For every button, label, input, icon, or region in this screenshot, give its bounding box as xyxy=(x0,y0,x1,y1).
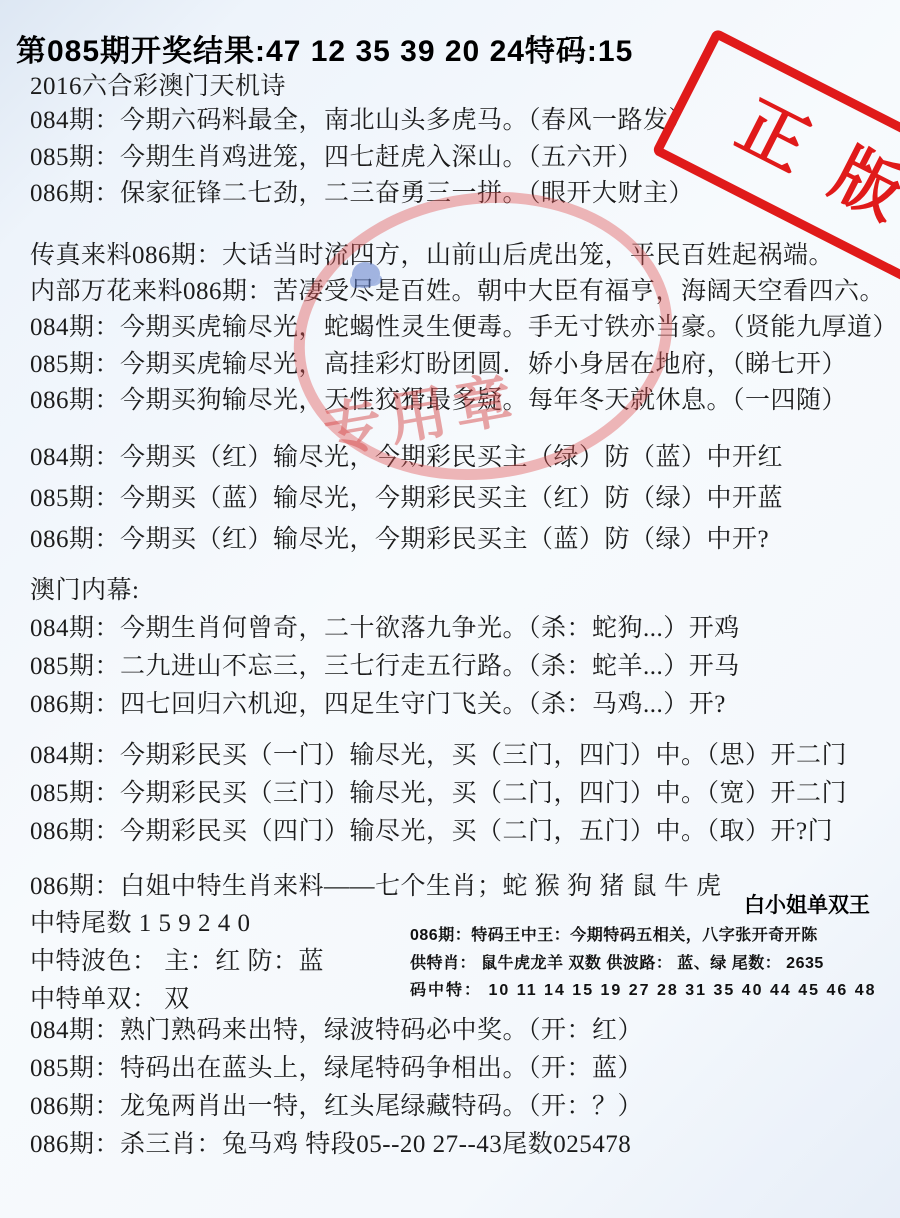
color-buy-line: 086期：今期买（红）输尽光，今期彩民买主（蓝）防（绿）中开? xyxy=(30,519,769,555)
door-line: 084期：今期彩民买（一门）输尽光，买（三门，四门）中。（思）开二门 xyxy=(30,735,847,771)
baijie-zodiac-line: 086期：白姐中特生肖来料——七个生肖；蛇 猴 狗 猪 鼠 牛 虎 xyxy=(30,866,722,902)
fax-line: 084期：今期买虎输尽光，蛇蝎性灵生便毒。手无寸铁亦当豪。（贤能九厚道） xyxy=(30,307,898,343)
macau-insider-line: 086期：四七回归六机迎，四足生守门飞关。（杀：马鸡...）开? xyxy=(30,684,726,720)
macau-insider-title: 澳门内幕: xyxy=(30,570,139,606)
macau-insider-line: 084期：今期生肖何曾奇，二十欲落九争光。（杀：蛇狗...）开鸡 xyxy=(30,608,740,644)
fax-line: 传真来料086期：大话当时流四方，山前山后虎出笼，平民百姓起祸端。 xyxy=(30,235,834,271)
right-panel-line: 086期：特码王中王：今期特码五相关，八字张开奇开陈 xyxy=(410,922,818,945)
draw-result-headline: 第085期开奖结果:47 12 35 39 20 24特码:15 xyxy=(16,26,633,70)
genuine-stamp-char: 正 xyxy=(727,90,818,181)
genuine-stamp-char: 版 xyxy=(822,139,900,230)
fax-line: 内部万花来料086期：苦凄受尽是百姓。朝中大臣有福亨，海阔天空看四六。 xyxy=(30,271,885,307)
bottom-line: 085期：特码出在蓝头上，绿尾特码争相出。（开：蓝） xyxy=(30,1048,643,1084)
bottom-line: 086期：杀三肖：兔马鸡 特段05--20 27--43尾数025478 xyxy=(30,1124,631,1160)
poem-title: 2016六合彩澳门天机诗 xyxy=(30,66,286,102)
color-buy-line: 084期：今期买（红）输尽光，今期彩民买主（绿）防（蓝）中开红 xyxy=(30,437,783,473)
right-panel-line: 供特肖： 鼠牛虎龙羊 双数 供波路： 蓝、绿 尾数： 2635 xyxy=(410,950,824,973)
color-buy-line: 085期：今期买（蓝）输尽光，今期彩民买主（红）防（绿）中开蓝 xyxy=(30,478,783,514)
door-line: 086期：今期彩民买（四门）输尽光，买（二门，五门）中。（取）开?门 xyxy=(30,811,833,847)
lottery-tip-sheet: 专用章 正 版 第085期开奖结果:47 12 35 39 20 24特码:15… xyxy=(0,0,900,1218)
macau-insider-line: 085期：二九进山不忘三，三七行走五行路。（杀：蛇羊...）开马 xyxy=(30,646,740,682)
baijie-wave-line: 中特波色： 主：红 防：蓝 xyxy=(30,941,324,977)
poem-line: 084期：今期六码料最全，南北山头多虎马。（春风一路发） xyxy=(30,100,694,136)
door-line: 085期：今期彩民买（三门）输尽光，买（二门，四门）中。（宽）开二门 xyxy=(30,773,847,809)
poem-line: 086期：保家征锋二七劲，二三奋勇三一拼。（眼开大财主） xyxy=(30,173,694,209)
baijie-tail-line: 中特尾数 1 5 9 2 4 0 xyxy=(30,903,251,939)
right-panel-line: 码中特： 10 11 14 15 19 27 28 31 35 40 44 45… xyxy=(410,977,877,1000)
bottom-line: 084期：熟门熟码来出特，绿波特码必中奖。（开：红） xyxy=(30,1010,643,1046)
bottom-line: 086期：龙兔两肖出一特，红头尾绿藏特码。（开：？） xyxy=(30,1086,643,1122)
fax-line: 086期：今期买狗输尽光，天性狡猾最多疑。每年冬天就休息。（一四随） xyxy=(30,380,847,416)
fax-line: 085期：今期买虎输尽光，高挂彩灯盼团圆．娇小身居在地府，（睇七开） xyxy=(30,344,847,380)
poem-line: 085期：今期生肖鸡进笼，四七赶虎入深山。（五六开） xyxy=(30,137,643,173)
